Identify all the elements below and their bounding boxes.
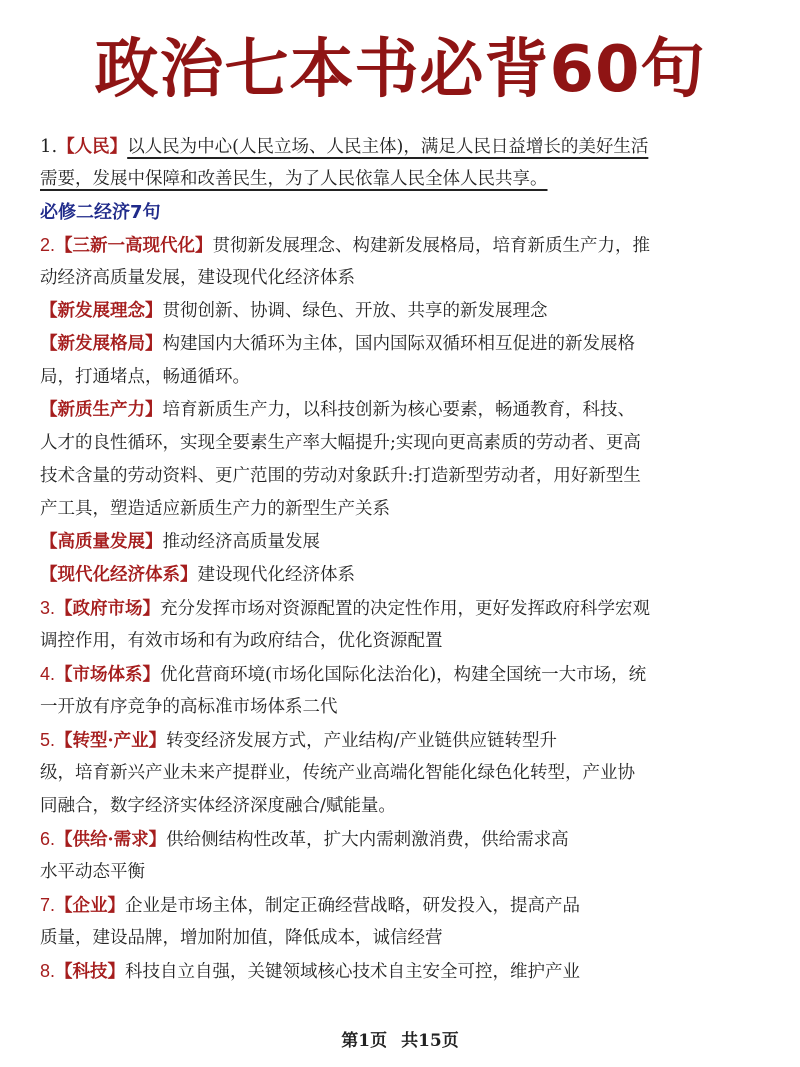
item-number: 2. [40,235,55,255]
item-5-line-3: 同融合，数字经济实体经济深度融合/赋能量。 [40,790,765,823]
section-heading: 必修二经济7句 [40,196,765,229]
subitem-text: 局，打通堵点，畅通循环。 [40,367,250,387]
item-text: 优化营商环境(市场化国际化法治化)，构建全国统一大市场，统 [160,665,646,685]
subitem-text: 人才的良性循环，实现全要素生产率大幅提升;实现向更高素质的劳动者、更高 [40,433,641,453]
item-tag: 【企业】 [55,896,125,916]
item-tag: 【三新一高现代化】 [55,236,213,256]
item-6-line-1: 6.【供给·需求】供给侧结构性改革，扩大内需刺激消费，供给需求高 [40,823,765,856]
item-text: 以人民为中心(人民立场、人民主体)，满足人民日益增长的美好生活 [127,137,648,157]
item-text: 转变经济发展方式，产业结构/产业链供应链转型升 [166,731,557,751]
item-text: 科技自立自强，关键领域核心技术自主安全可控，维护产业 [125,962,580,982]
item-1-line-2: 需要，发展中保障和改善民生，为了人民依靠人民全体人民共享。 [40,163,765,196]
item-tag: 【人民】 [57,137,127,157]
item-number: 6. [40,829,55,849]
item-text: 充分发挥市场对资源配置的决定性作用，更好发挥政府科学宏观 [160,599,650,619]
item-2-line-1: 2.【三新一高现代化】贯彻新发展理念、构建新发展格局，培育新质生产力，推 [40,229,765,262]
subitem-line: 人才的良性循环，实现全要素生产率大幅提升;实现向更高素质的劳动者、更高 [40,427,765,460]
subitem-line: 产工具，塑造适应新质生产力的新型生产关系 [40,493,765,526]
item-text: 水平动态平衡 [40,862,145,882]
item-text: 需要，发展中保障和改善民生，为了人民依靠人民全体人民共享。 [40,169,548,189]
item-6-line-2: 水平动态平衡 [40,856,765,889]
item-number: 1. [40,136,57,157]
item-text: 同融合，数字经济实体经济深度融合/赋能量。 [40,796,396,816]
subitem-line: 技术含量的劳动资料、更广范围的劳动对象跃升:打造新型劳动者，用好新型生 [40,460,765,493]
item-8-line-1: 8.【科技】科技自立自强，关键领域核心技术自主安全可控，维护产业 [40,955,765,988]
item-text: 级，培育新兴产业未来产提群业，传统产业高端化智能化绿色化转型，产业协 [40,763,635,783]
item-text: 贯彻新发展理念、构建新发展格局，培育新质生产力，推 [213,236,651,256]
item-number: 3. [40,598,55,618]
item-number: 8. [40,961,55,981]
document-title: 政治七本书必背60句 [0,30,800,110]
item-text: 一开放有序竞争的高标准市场体系二代 [40,697,338,717]
item-5-line-2: 级，培育新兴产业未来产提群业，传统产业高端化智能化绿色化转型，产业协 [40,757,765,790]
subitem-line: 局，打通堵点，畅通循环。 [40,361,765,394]
item-3-line-1: 3.【政府市场】充分发挥市场对资源配置的决定性作用，更好发挥政府科学宏观 [40,592,765,625]
page-total: 共15页 [401,1031,459,1051]
item-number: 5. [40,730,55,750]
page-footer: 第1页共15页 [0,1026,800,1051]
subitem-new-development-concept: 【新发展理念】贯彻创新、协调、绿色、开放、共享的新发展理念 [40,295,765,328]
item-7-line-1: 7.【企业】企业是市场主体，制定正确经营战略，研发投入，提高产品 [40,889,765,922]
document-body: 1.【人民】以人民为中心(人民立场、人民主体)，满足人民日益增长的美好生活 需要… [40,130,765,988]
item-tag: 【供给·需求】 [55,830,166,850]
item-tag: 【市场体系】 [55,665,160,685]
page-number: 第1页 [341,1031,387,1051]
subitem-modern-economic-system: 【现代化经济体系】建设现代化经济体系 [40,559,765,592]
subitem-text: 贯彻创新、协调、绿色、开放、共享的新发展理念 [163,301,548,321]
item-4-line-2: 一开放有序竞争的高标准市场体系二代 [40,691,765,724]
item-5-line-1: 5.【转型·产业】转变经济发展方式，产业结构/产业链供应链转型升 [40,724,765,757]
item-tag: 【科技】 [55,962,125,982]
subitem-tag: 【新质生产力】 [40,400,163,420]
subitem-text: 培育新质生产力，以科技创新为核心要素，畅通教育，科技、 [163,400,636,420]
item-text: 企业是市场主体，制定正确经营战略，研发投入，提高产品 [125,896,580,916]
item-text: 调控作用，有效市场和有为政府结合，优化资源配置 [40,631,443,651]
item-2-line-2: 动经济高质量发展，建设现代化经济体系 [40,262,765,295]
item-3-line-2: 调控作用，有效市场和有为政府结合，优化资源配置 [40,625,765,658]
item-number: 7. [40,895,55,915]
subitem-text: 推动经济高质量发展 [163,532,321,552]
item-tag: 【转型·产业】 [55,731,166,751]
subitem-tag: 【新发展理念】 [40,301,163,321]
item-text: 动经济高质量发展，建设现代化经济体系 [40,268,355,288]
item-text: 供给侧结构性改革，扩大内需刺激消费，供给需求高 [166,830,569,850]
item-text: 质量，建设品牌，增加附加值，降低成本，诚信经营 [40,928,443,948]
subitem-new-development-pattern: 【新发展格局】构建国内大循环为主体，国内国际双循环相互促进的新发展格 [40,328,765,361]
subitem-new-quality-productivity: 【新质生产力】培育新质生产力，以科技创新为核心要素，畅通教育，科技、 [40,394,765,427]
item-4-line-1: 4.【市场体系】优化营商环境(市场化国际化法治化)，构建全国统一大市场，统 [40,658,765,691]
subitem-tag: 【新发展格局】 [40,334,163,354]
item-1-line-1: 1.【人民】以人民为中心(人民立场、人民主体)，满足人民日益增长的美好生活 [40,130,765,163]
item-number: 4. [40,664,55,684]
subitem-text: 产工具，塑造适应新质生产力的新型生产关系 [40,499,390,519]
item-7-line-2: 质量，建设品牌，增加附加值，降低成本，诚信经营 [40,922,765,955]
item-tag: 【政府市场】 [55,599,160,619]
subitem-high-quality-development: 【高质量发展】推动经济高质量发展 [40,526,765,559]
subitem-text: 技术含量的劳动资料、更广范围的劳动对象跃升:打造新型劳动者，用好新型生 [40,466,641,486]
subitem-tag: 【现代化经济体系】 [40,565,198,585]
subitem-text: 构建国内大循环为主体，国内国际双循环相互促进的新发展格 [163,334,636,354]
subitem-tag: 【高质量发展】 [40,532,163,552]
subitem-text: 建设现代化经济体系 [198,565,356,585]
